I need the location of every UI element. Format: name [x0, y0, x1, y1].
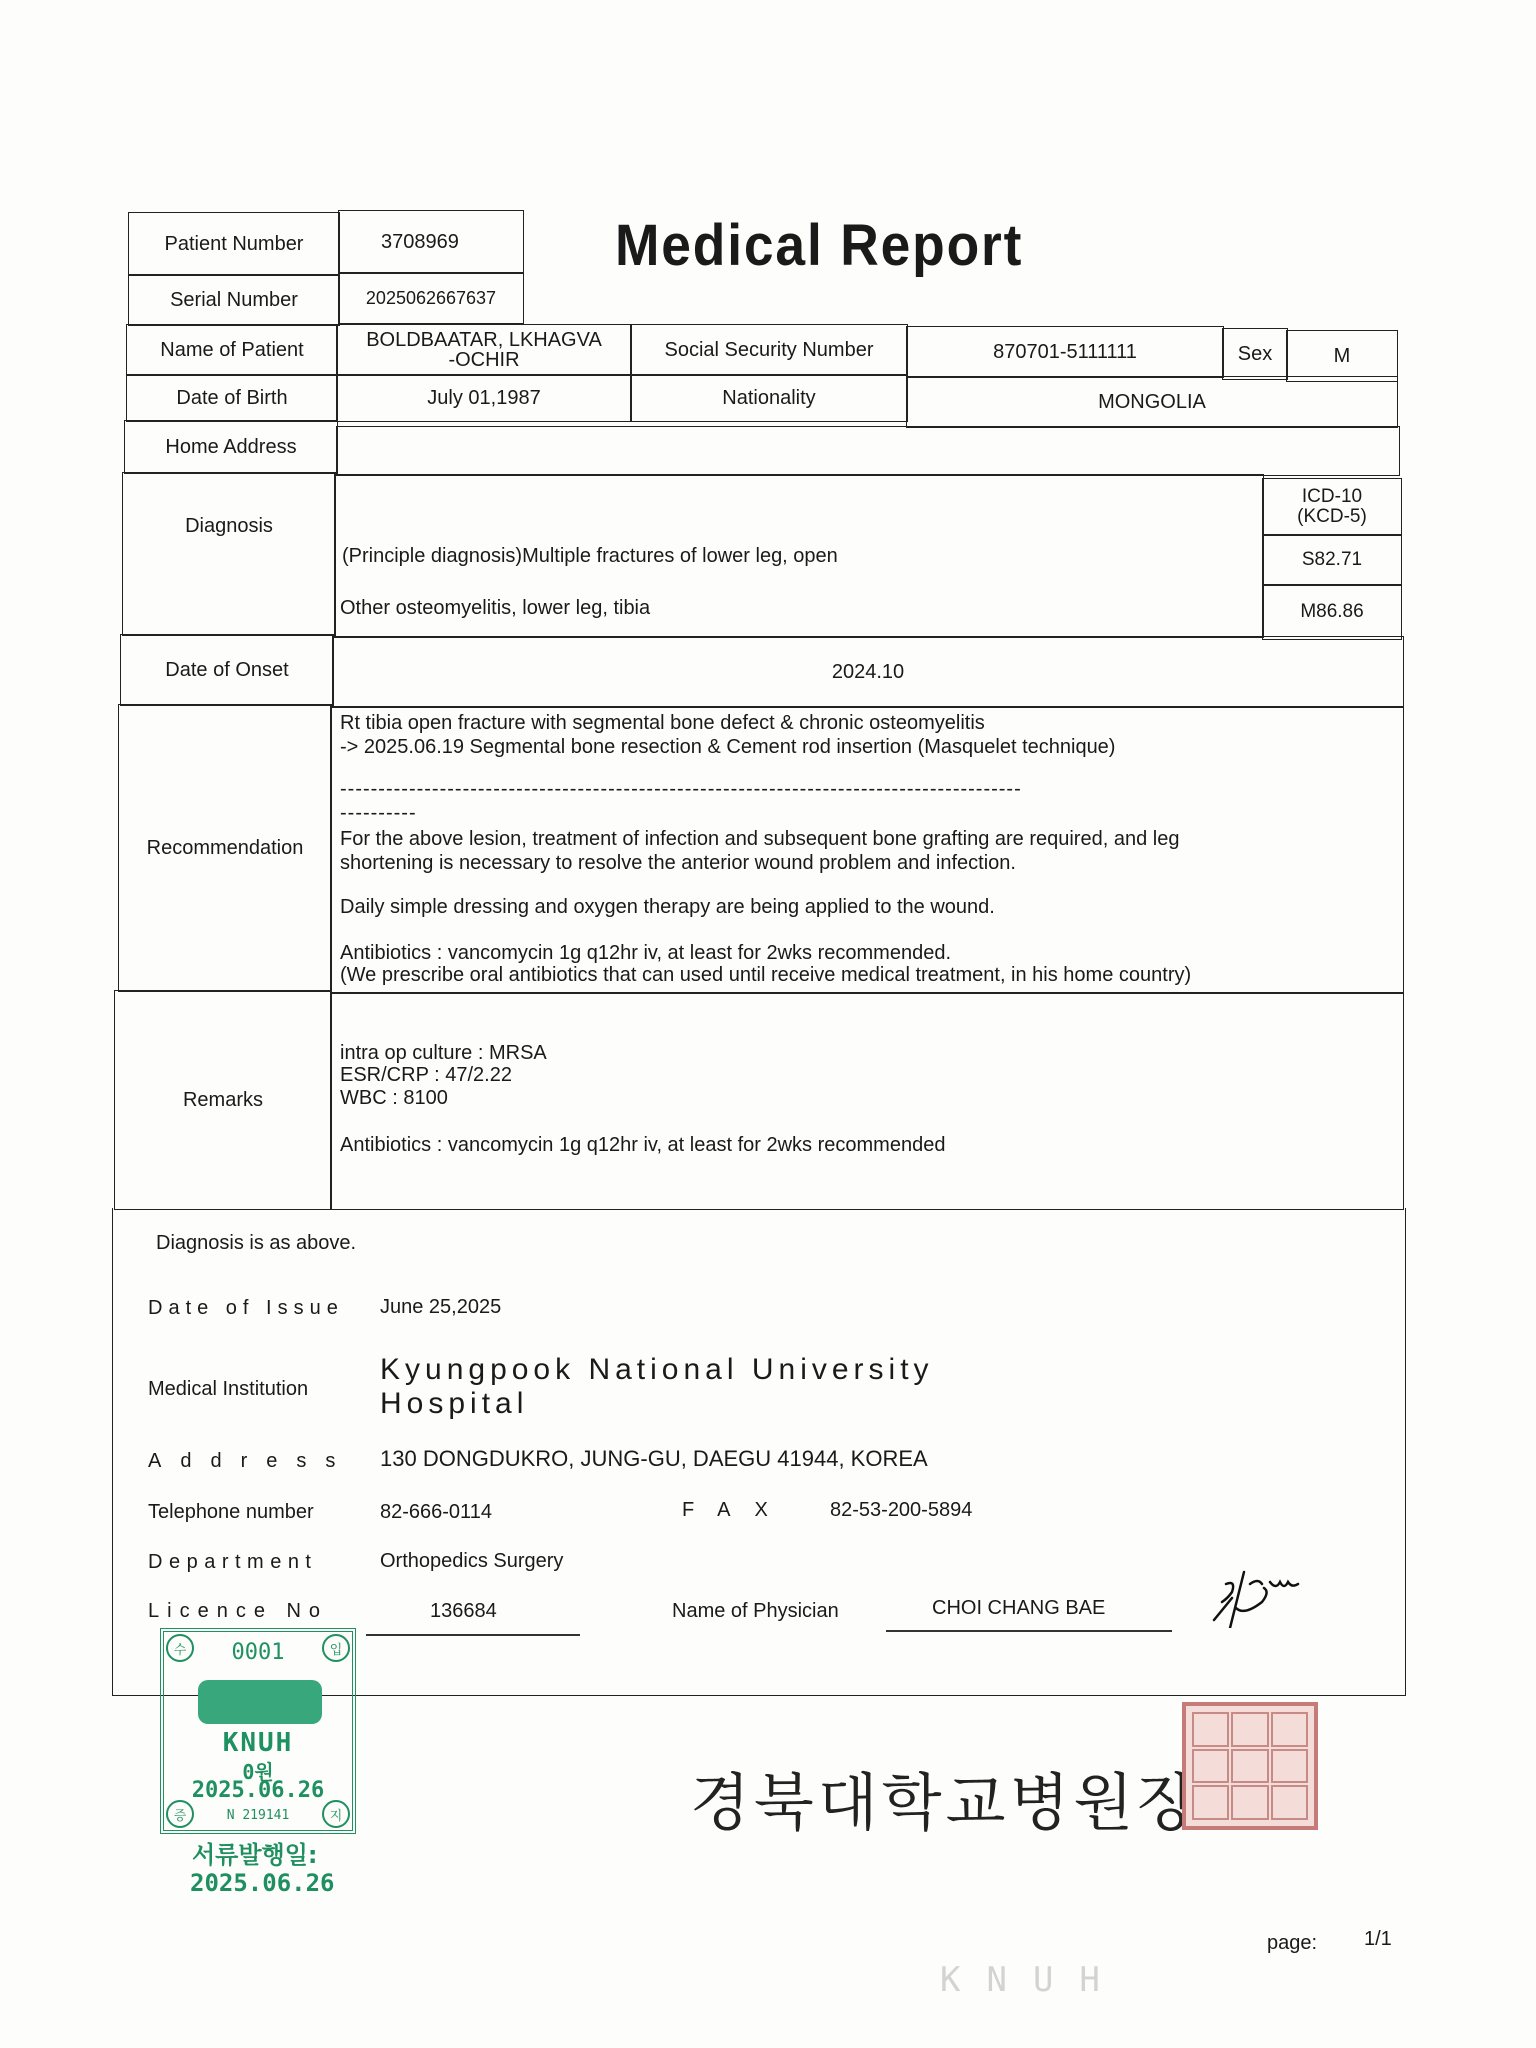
home-address-value — [336, 426, 1400, 476]
address-label: Address — [148, 1450, 354, 1472]
rec-para3-line2: (We prescribe oral antibiotics that can … — [340, 964, 1191, 986]
dob-value: July 01,1987 — [336, 374, 632, 422]
nationality-value: MONGOLIA — [906, 376, 1398, 428]
ssn-value: 870701-5111111 — [906, 326, 1224, 378]
knuh-watermark: KNUH — [940, 1960, 1126, 2000]
diagnosis-label: Diagnosis — [122, 472, 336, 636]
stamp-number: 0001 — [164, 1640, 352, 1665]
official-seal-icon — [1182, 1702, 1318, 1830]
licence-label: Licence No — [148, 1600, 328, 1622]
rec-line2: -> 2025.06.19 Segmental bone resection &… — [340, 736, 1115, 758]
sex-label: Sex — [1222, 328, 1288, 380]
onset-label: Date of Onset — [120, 634, 334, 706]
sex-value: M — [1286, 330, 1398, 382]
date-of-issue-label: Date of Issue — [148, 1297, 344, 1319]
revenue-stamp: 수 입 증 지 0001 KNUH 0원 2025.06.26 N 219141 — [160, 1628, 356, 1834]
remarks-line1: intra op culture : MRSA — [340, 1042, 547, 1064]
patient-number-value: 3708969 — [338, 210, 524, 274]
remarks-line4: Antibiotics : vancomycin 1g q12hr iv, at… — [340, 1134, 945, 1156]
name-label: Name of Patient — [126, 324, 338, 376]
telephone-value: 82-666-0114 — [380, 1501, 492, 1523]
icd-header-line2: (KCD-5) — [1297, 507, 1367, 527]
icd-code-2: M86.86 — [1262, 584, 1402, 640]
patient-number-label: Patient Number — [128, 212, 340, 276]
recommendation-label: Recommendation — [118, 704, 332, 992]
hospital-emblem-icon — [198, 1680, 322, 1724]
document-title: Medical Report — [615, 212, 1023, 279]
icd-header-line1: ICD-10 — [1302, 487, 1362, 507]
patient-name-line2: -OCHIR — [448, 350, 519, 370]
institution-line2: Hospital — [380, 1388, 528, 1420]
stamp-date: 2025.06.26 — [164, 1778, 352, 1803]
rec-para3-line1: Antibiotics : vancomycin 1g q12hr iv, at… — [340, 942, 951, 964]
serial-number-label: Serial Number — [128, 274, 340, 326]
director-title: 경북대학교병원장 — [690, 1768, 1201, 1838]
page-value: 1/1 — [1364, 1928, 1392, 1950]
physician-value: CHOI CHANG BAE — [932, 1597, 1105, 1619]
physician-label: Name of Physician — [672, 1600, 839, 1622]
rec-para1-line2: shortening is necessary to resolve the a… — [340, 852, 1016, 874]
home-address-label: Home Address — [124, 420, 338, 474]
rec-para1-line1: For the above lesion, treatment of infec… — [340, 828, 1179, 850]
stamp-serial: N 219141 — [164, 1808, 352, 1823]
dob-label: Date of Birth — [126, 374, 338, 422]
stamp-brand: KNUH — [164, 1728, 352, 1758]
issue-date-value: 2025.06.26 — [190, 1872, 335, 1894]
institution-line1: Kyungpook National University — [380, 1354, 934, 1386]
remarks-content — [330, 992, 1404, 1210]
patient-name: BOLDBAATAR, LKHAGVA -OCHIR — [336, 324, 632, 376]
rec-line1: Rt tibia open fracture with segmental bo… — [340, 712, 985, 734]
patient-name-line1: BOLDBAATAR, LKHAGVA — [366, 330, 602, 350]
fax-value: 82-53-200-5894 — [830, 1499, 972, 1521]
remarks-line2: ESR/CRP : 47/2.22 — [340, 1064, 512, 1086]
rec-para2: Daily simple dressing and oxygen therapy… — [340, 896, 995, 918]
department-label: Department — [148, 1551, 318, 1573]
issue-date-label: 서류발행일: — [192, 1844, 318, 1866]
ssn-label: Social Security Number — [630, 324, 908, 376]
icd-header: ICD-10 (KCD-5) — [1262, 478, 1402, 536]
institution-label: Medical Institution — [148, 1378, 308, 1400]
icd-code-1: S82.71 — [1262, 534, 1402, 586]
licence-value: 136684 — [430, 1600, 497, 1622]
diagnosis-statement: Diagnosis is as above. — [156, 1232, 356, 1254]
remarks-label: Remarks — [114, 990, 332, 1210]
address-value: 130 DONGDUKRO, JUNG-GU, DAEGU 41944, KOR… — [380, 1448, 928, 1470]
signature-icon — [1210, 1568, 1340, 1628]
rec-dash-line1: ----------------------------------------… — [340, 778, 1390, 801]
physician-underline — [886, 1630, 1172, 1632]
diagnosis-item-1: (Principle diagnosis)Multiple fractures … — [342, 545, 838, 567]
serial-number-value: 2025062667637 — [338, 272, 524, 324]
fax-label: FAX — [682, 1499, 792, 1521]
diagnosis-item-2: Other osteomyelitis, lower leg, tibia — [340, 597, 650, 619]
telephone-label: Telephone number — [148, 1501, 314, 1523]
department-value: Orthopedics Surgery — [380, 1550, 563, 1572]
rec-dash-line2: ---------- — [340, 802, 417, 825]
date-of-issue-value: June 25,2025 — [380, 1296, 501, 1318]
nationality-label: Nationality — [630, 374, 908, 422]
onset-value: 2024.10 — [332, 636, 1404, 708]
licence-underline — [366, 1634, 580, 1636]
remarks-line3: WBC : 8100 — [340, 1087, 448, 1109]
page-label: page: — [1267, 1932, 1317, 1954]
